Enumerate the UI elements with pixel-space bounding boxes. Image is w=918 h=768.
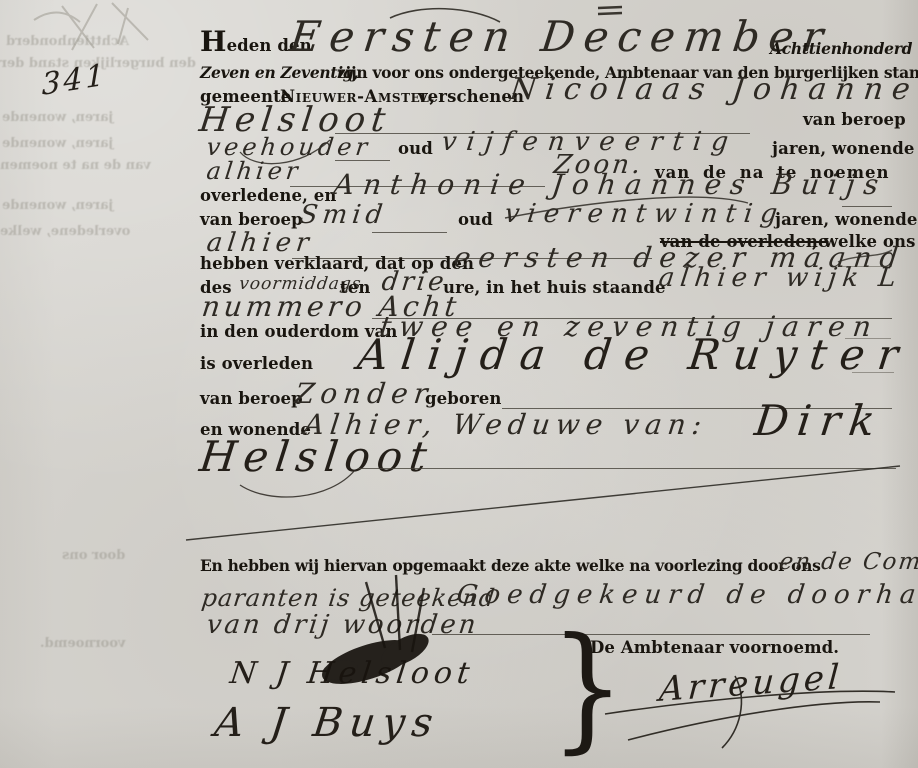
bleedthrough-text: door ons [62, 548, 125, 563]
death-record-scan: Achttienhonderd den burgerlijken stand d… [0, 0, 918, 768]
hw-declarant1-firstnames: Nicolaas Johannes [508, 72, 918, 107]
hw-deceased-name: Alijda de Ruyter [355, 330, 914, 379]
rule-line [335, 160, 390, 161]
printed-ure-huis-staande: ure, in het huis staande [443, 278, 666, 297]
printed-oud-2: oud [458, 210, 493, 229]
bleedthrough-text: jaren, wonende [2, 198, 113, 213]
hw-declarant2-occupation: Smid [298, 200, 389, 230]
hw-declarant2-age: vierentwintig [503, 199, 787, 229]
rule-line [372, 232, 447, 233]
printed-achttienhonderd: Achttienhonderd [770, 39, 912, 58]
bleedthrough-text: van de na te noemen [0, 158, 151, 173]
hw-declarant1-residence: alhier [205, 157, 303, 185]
bleedthrough-text: jaren, wonende [2, 110, 113, 125]
printed-jaren-wonende-1: jaren, wonende [772, 139, 914, 158]
printed-closing: En hebben wij hiervan opgemaakt deze akt… [200, 556, 821, 575]
rule-line [358, 468, 896, 469]
bleedthrough-text: overledene, welke [0, 224, 130, 239]
rule-line [432, 634, 870, 635]
signature-official: Arreugel [658, 657, 844, 710]
bleedthrough-text: voornoemd. [40, 636, 126, 651]
bleedthrough-text: Achttienhonderd [6, 34, 129, 49]
bleedthrough-text: jaren, wonende [2, 136, 113, 151]
hw-spouse-surname: Helsloot [197, 432, 436, 481]
printed-van-beroep-2: van beroep [200, 210, 303, 229]
hw-date-month: Eersten December [287, 12, 835, 61]
rule-line [842, 206, 892, 207]
hw-house-location: alhier wijk L [657, 263, 904, 293]
hw-spouse-firstname: Dirk [752, 396, 887, 445]
hw-deceased-occupation: Zonder [293, 377, 435, 410]
printed-jaren-wonende-2: jaren, wonende [775, 210, 917, 229]
signature-witness1: N J Helsloot [228, 656, 476, 691]
hw-closing-comparanten-b: paranten is geteekend [200, 584, 497, 612]
printed-van-beroep-1: van beroep [803, 110, 906, 129]
hw-declarant2-name: Anthonie Johannes Buijs [332, 168, 889, 201]
brace-glyph: } [550, 608, 625, 767]
rule-line [852, 372, 894, 373]
hw-goedgekeurd: Goedgekeurd de doorhaling [455, 580, 918, 610]
printed-year-italic: Zeven en Zeventig, [200, 63, 358, 82]
printed-ambtenaar-voornoemd: De Ambtenaar voornoemd. [590, 638, 839, 657]
hw-drij-woorden: van drij woorden [205, 610, 480, 640]
hw-closing-comparanten-a: en de Com- [778, 549, 918, 575]
printed-van-beroep-3: van beroep [200, 389, 303, 408]
printed-is-overleden: is overleden [200, 354, 313, 373]
signature-witness2: A J Buys [212, 700, 442, 746]
printed-geboren: geboren [425, 389, 501, 408]
printed-oud-1: oud [398, 139, 433, 158]
